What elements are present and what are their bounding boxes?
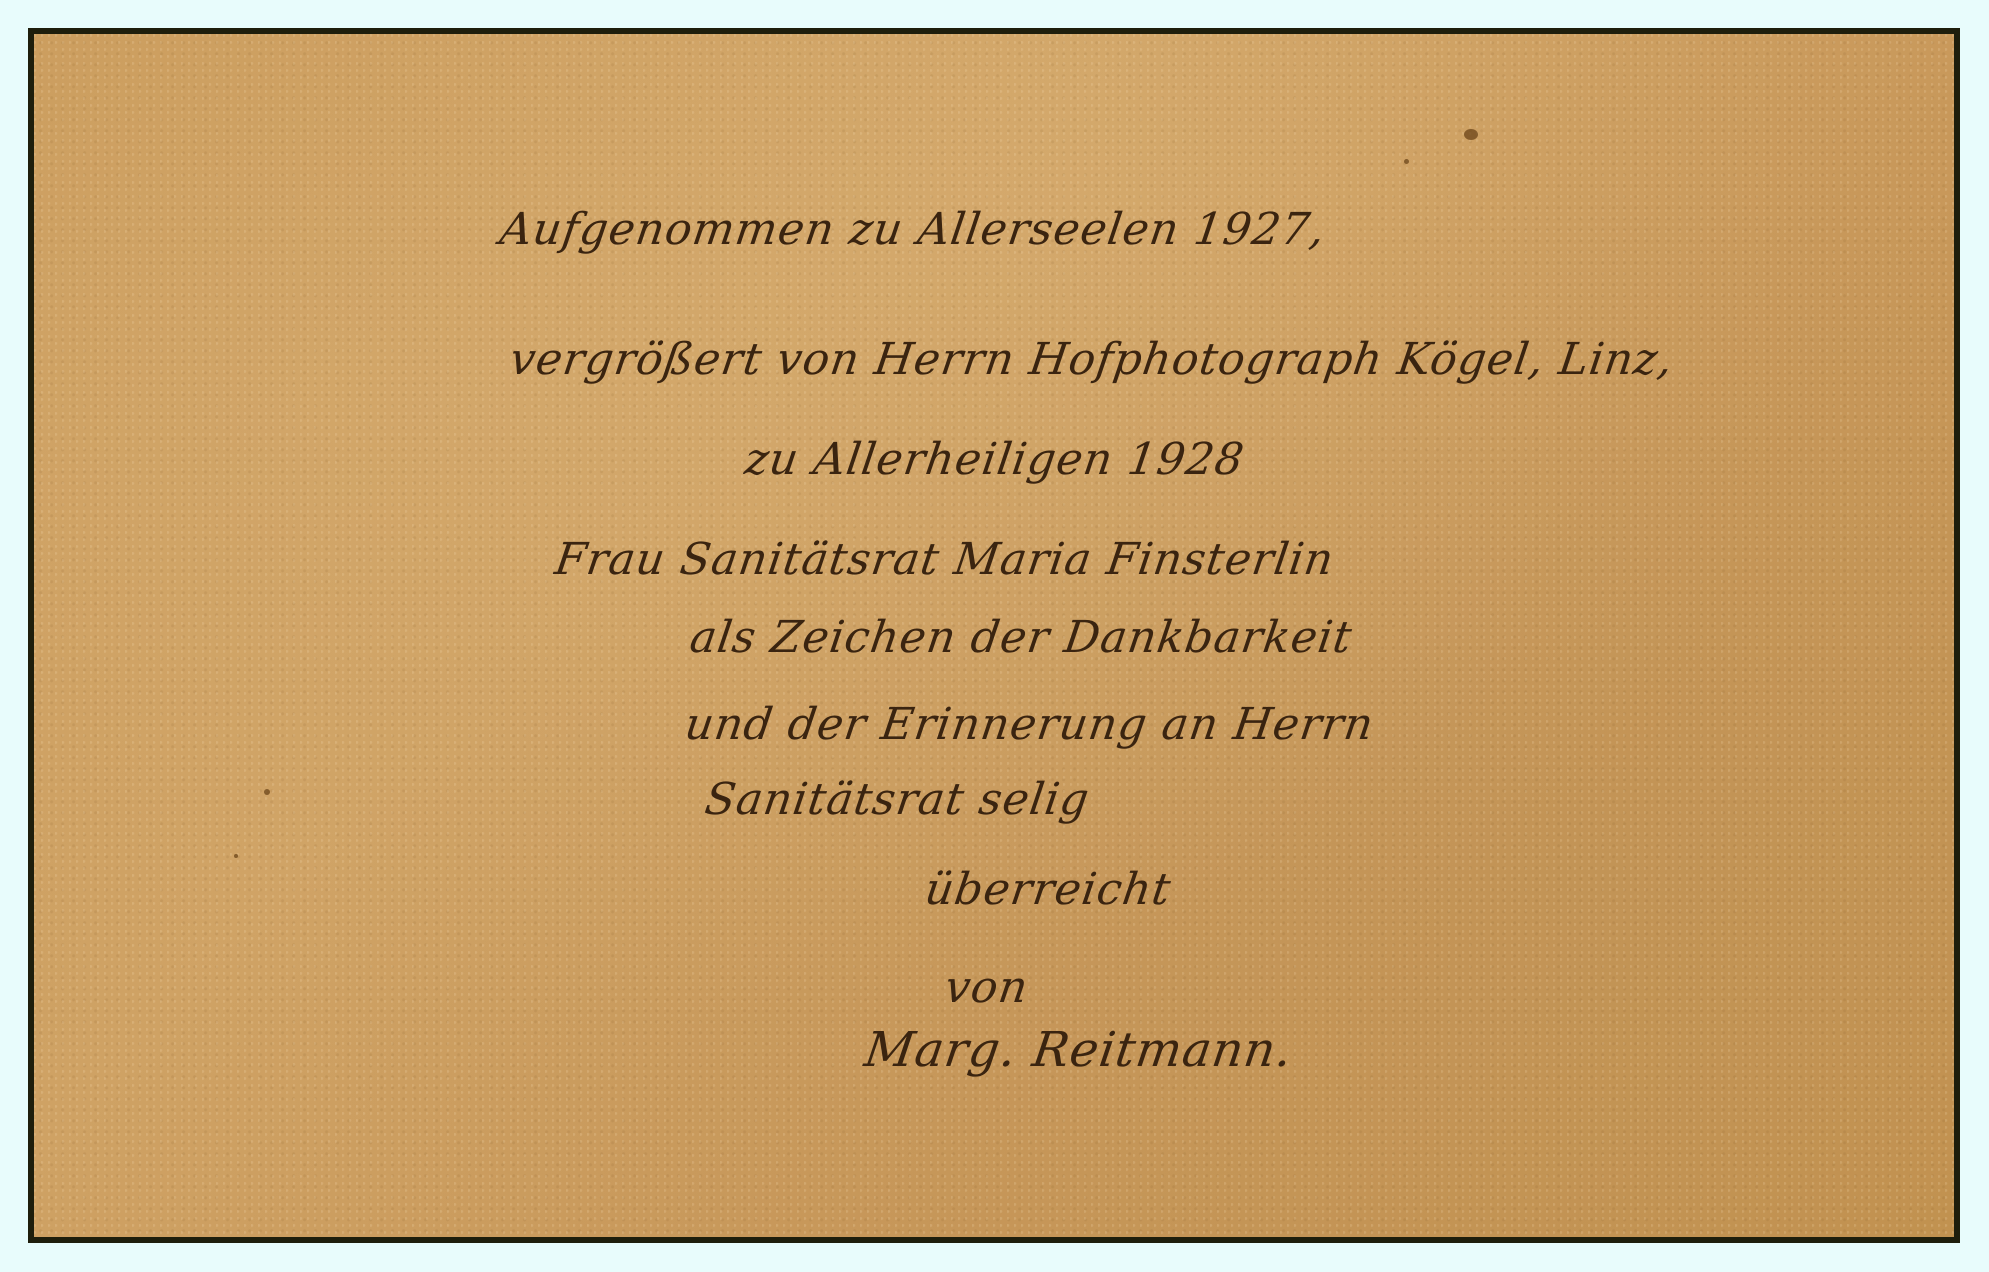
dedication-line: zu Allerheiligen 1928 — [742, 434, 1248, 485]
dedication-line: Sanitätsrat selig — [702, 774, 1093, 825]
document-frame: Aufgenommen zu Allerseelen 1927, vergröß… — [28, 28, 1960, 1243]
paper-blemish — [1464, 129, 1478, 140]
dedication-line: und der Erinnerung an Herrn — [682, 699, 1377, 750]
paper-blemish — [264, 789, 270, 795]
dedication-line: als Zeichen der Dankbarkeit — [687, 612, 1356, 663]
signature: Marg. Reitmann. — [861, 1022, 1296, 1078]
dedication-line: vergrößert von Herrn Hofphotograph Kögel… — [507, 334, 1677, 385]
paper-blemish — [234, 854, 238, 858]
dedication-line: überreicht — [922, 864, 1175, 915]
recipient-line: Frau Sanitätsrat Maria Finsterlin — [552, 534, 1338, 585]
dedication-line: von — [942, 962, 1032, 1013]
dedication-line: Aufgenommen zu Allerseelen 1927, — [497, 204, 1329, 255]
paper-blemish — [1404, 159, 1409, 164]
